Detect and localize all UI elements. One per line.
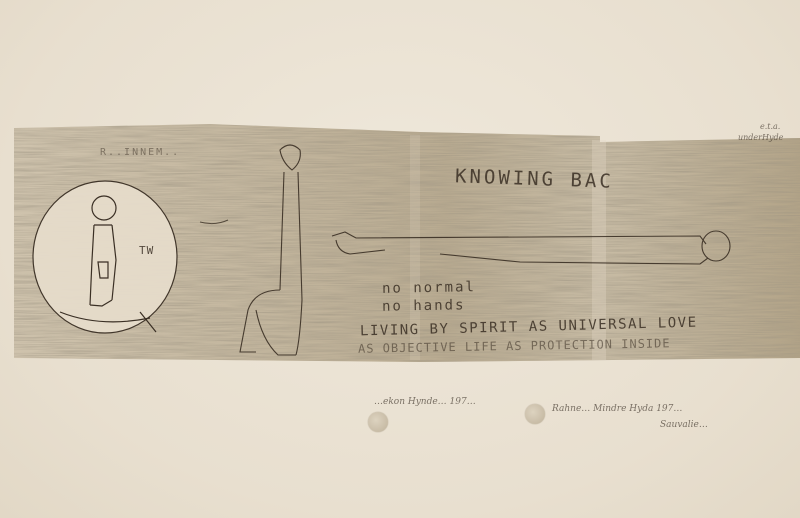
corner-annotation: e.t.a. (760, 122, 780, 131)
signature-left: …ekon Hynde… 197… (374, 397, 476, 407)
inscription-line-1: no normal (382, 279, 476, 297)
etching-plate (0, 0, 800, 518)
faint-plate-text: R..INNEM.. (100, 147, 180, 158)
signature-right-second-line: Sauvalie… (660, 420, 708, 430)
blind-stamp-right (525, 404, 545, 424)
blind-stamp-left (368, 412, 388, 432)
inscription-line-2: no hands (382, 297, 466, 314)
corner-annotation-second-line: underHyde (738, 133, 783, 142)
medallion (33, 181, 177, 333)
signature-right: Rahne… Mindre Hyda 197… (552, 404, 682, 414)
medallion-initials: TW (139, 244, 154, 257)
